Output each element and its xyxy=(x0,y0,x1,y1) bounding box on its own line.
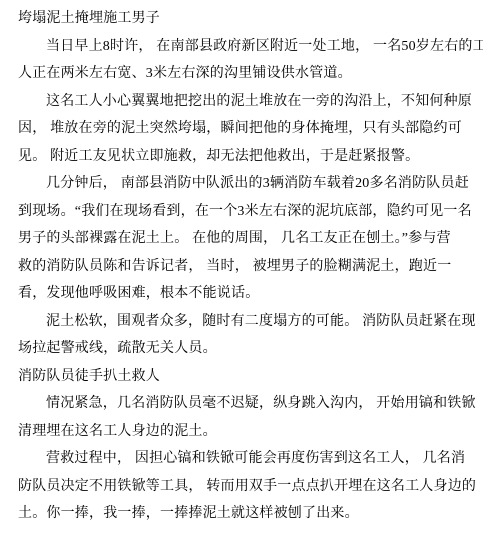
text-line: 因， 堆放在旁的泥土突然垮塌，瞬间把他的身体掩埋，只有头部隐约可 xyxy=(18,115,483,143)
text-line: 场拉起警戒线，疏散无关人员。 xyxy=(18,335,483,363)
text-line: 几分钟后， 南部县消防中队派出的3辆消防车载着20多名消防队员赶 xyxy=(18,170,483,198)
text-line: 到现场。“我们在现场看到，在一个3米左右深的泥坑底部，隐约可见一名 xyxy=(18,198,483,226)
text-line: 看，发现他呼吸困难，根本不能说话。 xyxy=(18,280,483,308)
text-line: 清理埋在这名工人身边的泥土。 xyxy=(18,418,483,446)
document-page: 垮塌泥土掩埋施工男子 当日早上8时许， 在南部县政府新区附近一处工地， 一名50… xyxy=(0,0,497,546)
text-line: 情况紧急，几名消防队员毫不迟疑，纵身跳入沟内， 开始用镐和铁锨 xyxy=(18,390,483,418)
text-line: 当日早上8时许， 在南部县政府新区附近一处工地， 一名50岁左右的工 xyxy=(18,33,483,61)
text-line: 救的消防队员陈和告诉记者， 当时， 被埋男子的脸糊满泥土，跑近一 xyxy=(18,253,483,281)
text-line: 营救过程中， 因担心镐和铁锨可能会再度伤害到这名工人， 几名消 xyxy=(18,445,483,473)
text-line: 防队员决定不用铁锨等工具， 转而用双手一点点扒开埋在这名工人身边的 xyxy=(18,473,483,501)
article-subheading: 消防队员徒手扒土救人 xyxy=(18,363,483,391)
text-line: 这名工人小心翼翼地把挖出的泥土堆放在一旁的沟沿上，不知何种原 xyxy=(18,88,483,116)
text-line: 男子的头部裸露在泥土上。 在他的周围， 几名工友正在刨土。”参与营 xyxy=(18,225,483,253)
article-heading: 垮塌泥土掩埋施工男子 xyxy=(18,5,483,33)
text-line: 人正在两米左右宽、3米左右深的沟里铺设供水管道。 xyxy=(18,60,483,88)
text-line: 见。 附近工友见状立即施救，却无法把他救出，于是赶紧报警。 xyxy=(18,143,483,171)
text-line: 泥土松软，围观者众多，随时有二度塌方的可能。 消防队员赶紧在现 xyxy=(18,308,483,336)
text-line: 土。你一捧，我一捧，一捧捧泥土就这样被刨了出来。 xyxy=(18,500,483,528)
